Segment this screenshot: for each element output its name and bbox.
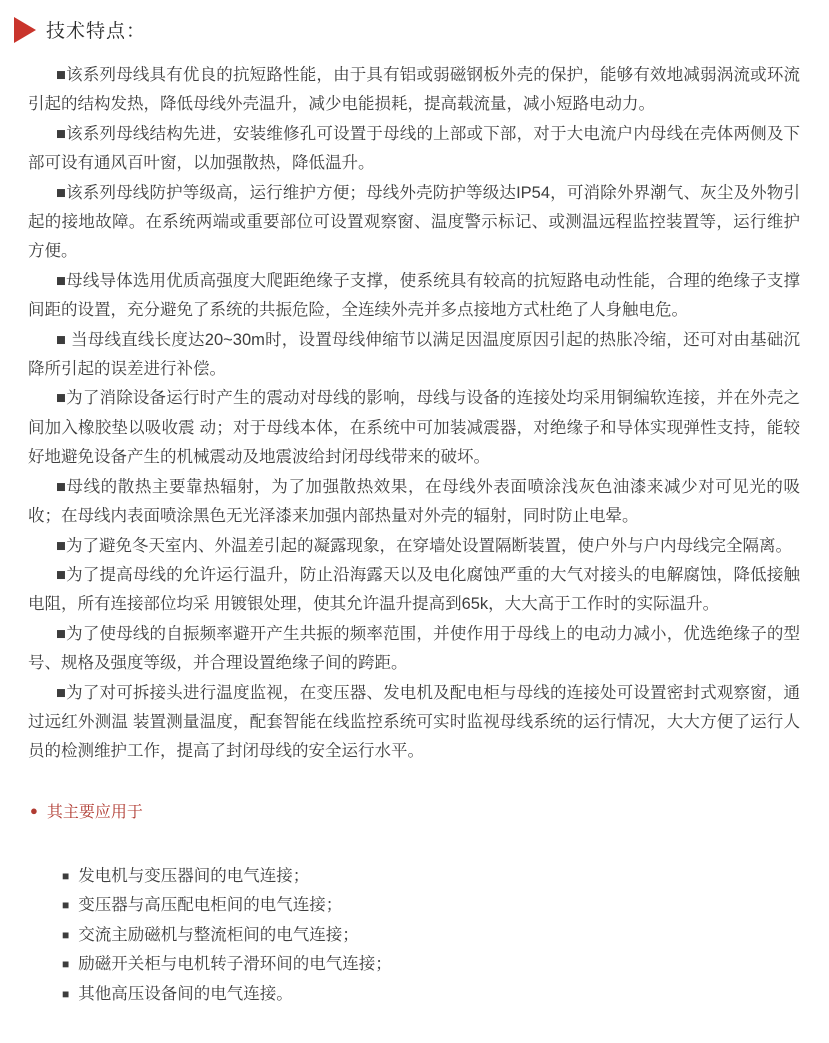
list-item: ■ 发电机与变压器间的电气连接； bbox=[62, 862, 829, 892]
feature-paragraph: ■该系列母线结构先进，安装维修孔可设置于母线的上部或下部，对于大电流户内母线在壳… bbox=[28, 120, 800, 179]
feature-paragraph: ■为了使母线的自振频率避开产生共振的频率范围，并使作用于母线上的电动力减小，优选… bbox=[28, 620, 800, 679]
list-item-label: 发电机与变压器间的电气连接； bbox=[78, 862, 309, 892]
feature-paragraph: ■母线导体选用优质高强度大爬距绝缘子支撑，使系统具有较高的抗短路电动性能，合理的… bbox=[28, 267, 800, 326]
list-item: ■ 变压器与高压配电柜间的电气连接； bbox=[62, 891, 829, 921]
feature-paragraphs: ■该系列母线具有优良的抗短路性能，由于具有铝或弱磁钢板外壳的保护，能够有效地减弱… bbox=[28, 61, 800, 767]
document-page: 技术特点： ■该系列母线具有优良的抗短路性能，由于具有铝或弱磁钢板外壳的保护，能… bbox=[0, 0, 829, 1043]
red-dot-bullet-icon: ● bbox=[30, 803, 38, 818]
feature-paragraph: ■为了消除设备运行时产生的震动对母线的影响，母线与设备的连接处均采用铜编软连接，… bbox=[28, 384, 800, 472]
list-item: ■ 交流主励磁机与整流柜间的电气连接； bbox=[62, 921, 829, 951]
list-item-label: 其他高压设备间的电气连接。 bbox=[78, 980, 293, 1010]
square-bullet-icon: ■ bbox=[62, 921, 69, 951]
square-bullet-icon: ■ bbox=[62, 862, 69, 892]
feature-paragraph: ■该系列母线具有优良的抗短路性能，由于具有铝或弱磁钢板外壳的保护，能够有效地减弱… bbox=[28, 61, 800, 120]
list-item-label: 交流主励磁机与整流柜间的电气连接； bbox=[78, 921, 359, 951]
feature-paragraph: ■该系列母线防护等级高，运行维护方便；母线外壳防护等级达IP54，可消除外界潮气… bbox=[28, 179, 800, 267]
feature-paragraph: ■为了提高母线的允许运行温升，防止沿海露天以及电化腐蚀严重的大气对接头的电解腐蚀… bbox=[28, 561, 800, 620]
square-bullet-icon: ■ bbox=[62, 891, 69, 921]
page-title: 技术特点： bbox=[46, 16, 146, 43]
section-header: 技术特点： bbox=[0, 0, 829, 43]
list-item: ■ 其他高压设备间的电气连接。 bbox=[62, 980, 829, 1010]
feature-paragraph: ■为了对可拆接头进行温度监视，在变压器、发电机及配电柜与母线的连接处可设置密封式… bbox=[28, 679, 800, 767]
applications-heading-label: 其主要应用于 bbox=[47, 799, 143, 822]
list-item-label: 变压器与高压配电柜间的电气连接； bbox=[78, 891, 342, 921]
red-triangle-icon bbox=[14, 17, 36, 43]
square-bullet-icon: ■ bbox=[62, 950, 69, 980]
applications-list: ■ 发电机与变压器间的电气连接； ■ 变压器与高压配电柜间的电气连接； ■ 交流… bbox=[0, 862, 829, 1010]
square-bullet-icon: ■ bbox=[62, 980, 69, 1010]
feature-paragraph: ■母线的散热主要靠热辐射，为了加强散热效果，在母线外表面喷涂浅灰色油漆来减少对可… bbox=[28, 473, 800, 532]
feature-paragraph: ■为了避免冬天室内、外温差引起的凝露现象，在穿墙处设置隔断装置，使户外与户内母线… bbox=[28, 532, 800, 561]
feature-paragraph: ■ 当母线直线长度达20~30m时，设置母线伸缩节以满足因温度原因引起的热胀冷缩… bbox=[28, 326, 800, 385]
applications-heading: ● 其主要应用于 bbox=[30, 799, 829, 822]
list-item: ■ 励磁开关柜与电机转子滑环间的电气连接； bbox=[62, 950, 829, 980]
list-item-label: 励磁开关柜与电机转子滑环间的电气连接； bbox=[78, 950, 392, 980]
